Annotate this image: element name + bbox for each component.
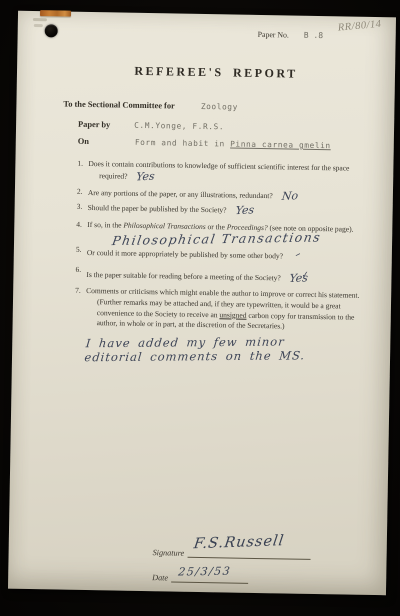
question-6-checkmark: ✓: [312, 269, 313, 280]
question-3: 3. Should the paper be published by the …: [77, 202, 366, 219]
paper-by-label: Paper by: [78, 120, 132, 130]
faint-stamp-mark: [33, 18, 47, 21]
referee-report-sheet: RR/80/14 Paper No. B .8 REFEREE'S REPORT…: [8, 11, 396, 596]
signature-handwritten: F.S.Russell: [193, 533, 286, 552]
orange-label-sticker: [40, 10, 71, 17]
question-5: 5. Or could it more appropriately be pub…: [76, 245, 365, 264]
punch-hole: [45, 24, 58, 37]
question-6: 6. Is the paper suitable for reading bef…: [75, 265, 364, 286]
signature-label: Signature: [153, 548, 185, 558]
question-4-number: 4.: [76, 220, 87, 243]
question-1-answer-handwritten: Yes: [136, 170, 156, 182]
date-label: Date: [152, 573, 168, 582]
paper-by-row: Paper by C.M.Yonge, F.R.S.: [78, 120, 331, 133]
question-3-answer-handwritten: Yes: [235, 205, 255, 217]
question-6-text: Is the paper suitable for reading before…: [86, 270, 280, 282]
question-4-italic-phil-trans: Philosophical Transactions: [123, 221, 205, 231]
question-3-text: Should the paper be published by the Soc…: [88, 203, 227, 214]
question-5-text: Or could it more appropriately be publis…: [87, 248, 283, 260]
committee-value-typed: Zoology: [201, 102, 238, 112]
referee-comment-handwritten: I have added my few minor editorial comm…: [84, 334, 339, 364]
on-label: On: [78, 137, 133, 147]
photo-background: RR/80/14 Paper No. B .8 REFEREE'S REPORT…: [0, 0, 400, 616]
question-1: 1. Does it contain contributions to know…: [77, 159, 366, 187]
question-2-number: 2.: [77, 186, 88, 198]
faint-stamp-mark: [34, 24, 43, 27]
question-6-number: 6.: [75, 265, 86, 281]
addressee-block: To the Sectional Committee for Zoology P…: [63, 100, 332, 151]
committee-row: To the Sectional Committee for Zoology: [63, 100, 331, 114]
date-handwritten: 25/3/53: [178, 565, 232, 579]
question-4: 4. If so, in the Philosophical Transacti…: [76, 220, 365, 248]
question-1-text: Does it contain contributions to knowled…: [88, 159, 349, 180]
question-5-answer-dash: –: [293, 249, 303, 261]
paper-number-row: Paper No. B .8: [258, 30, 324, 40]
question-1-number: 1.: [77, 159, 88, 182]
question-3-number: 3.: [77, 202, 88, 214]
question-7-number: 7.: [75, 286, 87, 329]
question-4-answer-handwritten: Philosophical Transactions: [111, 231, 322, 247]
question-7: 7. Comments or criticisms which might en…: [75, 286, 365, 334]
questions-list: 1. Does it contain contributions to know…: [75, 159, 367, 334]
question-2-answer-handwritten: No: [281, 190, 298, 202]
form-title: REFEREE'S REPORT: [51, 62, 381, 83]
question-5-number: 5.: [76, 245, 87, 259]
question-2-text: Are any portions of the paper, or any il…: [88, 188, 273, 200]
committee-label: To the Sectional Committee for: [63, 100, 174, 111]
paper-no-value: B .8: [304, 31, 323, 40]
question-7-unsigned-underlined: unsigned: [219, 310, 246, 319]
paper-title-typed: Form and habit in Pinna carnea gmelin: [135, 138, 331, 150]
question-4-text-pre: If so, in the: [87, 220, 123, 230]
question-2: 2. Are any portions of the paper, or any…: [77, 186, 366, 203]
paper-title-row: On Form and habit in Pinna carnea gmelin: [78, 137, 331, 150]
species-name-underlined: Pinna carnea gmelin: [230, 139, 331, 150]
paper-no-label: Paper No.: [258, 30, 289, 40]
author-value-typed: C.M.Yonge, F.R.S.: [134, 121, 224, 132]
pencil-reference-number: RR/80/14: [337, 19, 381, 34]
paper-title-prefix: Form and habit in: [135, 138, 230, 149]
